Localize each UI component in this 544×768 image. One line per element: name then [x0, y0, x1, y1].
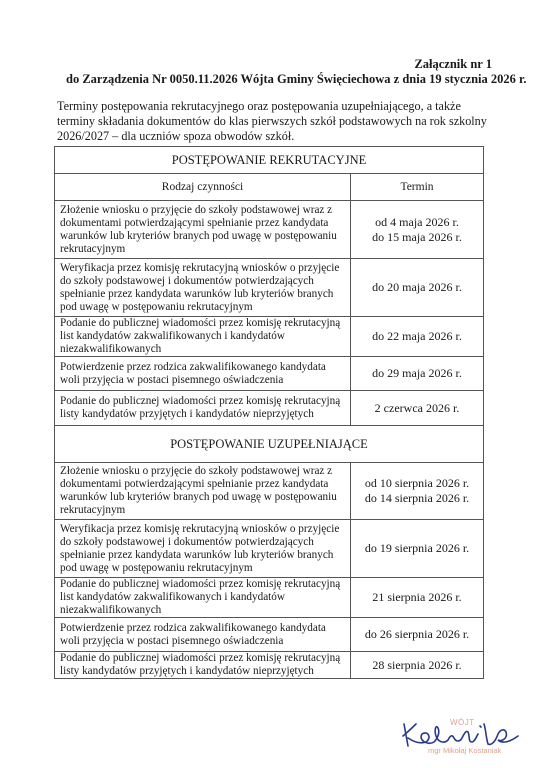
term-cell: 28 sierpnia 2026 r. — [351, 652, 484, 679]
column-header-row: Rodzaj czynnościTermin — [55, 174, 484, 201]
table-row: Podanie do publicznej wiadomości przez k… — [55, 391, 484, 426]
term-cell: 21 sierpnia 2026 r. — [351, 578, 484, 618]
annex-label: Załącznik nr 1 — [414, 57, 492, 72]
annex-reference: do Zarządzenia Nr 0050.11.2026 Wójta Gmi… — [66, 72, 527, 87]
table-row: Potwierdzenie przez rodzica zakwalifikow… — [55, 618, 484, 652]
term-date: do 14 sierpnia 2026 r. — [356, 491, 478, 506]
section-title-row: POSTĘPOWANIE REKRUTACYJNE — [55, 147, 484, 174]
term-cell: od 4 maja 2026 r.do 15 maja 2026 r. — [351, 201, 484, 259]
term-date: do 22 maja 2026 r. — [356, 329, 478, 344]
activity-cell: Podanie do publicznej wiadomości przez k… — [55, 578, 351, 618]
term-cell: od 10 sierpnia 2026 r.do 14 sierpnia 202… — [351, 463, 484, 520]
intro-paragraph: Terminy postępowania rekrutacyjnego oraz… — [57, 99, 487, 144]
column-header-term: Termin — [351, 174, 484, 201]
signature-name: mgr Mikołaj Kostaniak — [428, 746, 501, 755]
table-row: Podanie do publicznej wiadomości przez k… — [55, 578, 484, 618]
signature-block: WÓJT mgr Mikołaj Kostaniak — [398, 716, 538, 760]
table-row: Podanie do publicznej wiadomości przez k… — [55, 317, 484, 357]
activity-cell: Złożenie wniosku o przyjęcie do szkoły p… — [55, 201, 351, 259]
activity-cell: Złożenie wniosku o przyjęcie do szkoły p… — [55, 463, 351, 520]
term-date: do 26 sierpnia 2026 r. — [356, 627, 478, 642]
section-title: POSTĘPOWANIE UZUPEŁNIAJĄCE — [55, 426, 484, 463]
term-date: 2 czerwca 2026 r. — [356, 401, 478, 416]
table-row: Złożenie wniosku o przyjęcie do szkoły p… — [55, 463, 484, 520]
term-date: 28 sierpnia 2026 r. — [356, 658, 478, 673]
section-title: POSTĘPOWANIE REKRUTACYJNE — [55, 147, 484, 174]
table-row: Weryfikacja przez komisję rekrutacyjną w… — [55, 520, 484, 578]
table-row: Złożenie wniosku o przyjęcie do szkoły p… — [55, 201, 484, 259]
term-cell: do 20 maja 2026 r. — [351, 259, 484, 317]
activity-cell: Weryfikacja przez komisję rekrutacyjną w… — [55, 520, 351, 578]
term-date: do 29 maja 2026 r. — [356, 366, 478, 381]
term-cell: do 26 sierpnia 2026 r. — [351, 618, 484, 652]
table-row: Podanie do publicznej wiadomości przez k… — [55, 652, 484, 679]
activity-cell: Potwierdzenie przez rodzica zakwalifikow… — [55, 357, 351, 391]
term-cell: do 19 sierpnia 2026 r. — [351, 520, 484, 578]
term-date: do 20 maja 2026 r. — [356, 280, 478, 295]
activity-cell: Podanie do publicznej wiadomości przez k… — [55, 652, 351, 679]
signature-title: WÓJT — [450, 718, 475, 727]
section-title-row: POSTĘPOWANIE UZUPEŁNIAJĄCE — [55, 426, 484, 463]
activity-cell: Weryfikacja przez komisję rekrutacyjną w… — [55, 259, 351, 317]
term-cell: do 29 maja 2026 r. — [351, 357, 484, 391]
term-date: od 10 sierpnia 2026 r. — [356, 476, 478, 491]
activity-cell: Podanie do publicznej wiadomości przez k… — [55, 317, 351, 357]
term-date: do 19 sierpnia 2026 r. — [356, 541, 478, 556]
term-date: 21 sierpnia 2026 r. — [356, 590, 478, 605]
schedule-table: POSTĘPOWANIE REKRUTACYJNERodzaj czynnośc… — [54, 146, 484, 679]
term-cell: do 22 maja 2026 r. — [351, 317, 484, 357]
table-row: Potwierdzenie przez rodzica zakwalifikow… — [55, 357, 484, 391]
term-date: od 4 maja 2026 r. — [356, 215, 478, 230]
column-header-activity: Rodzaj czynności — [55, 174, 351, 201]
term-date: do 15 maja 2026 r. — [356, 230, 478, 245]
activity-cell: Podanie do publicznej wiadomości przez k… — [55, 391, 351, 426]
table-row: Weryfikacja przez komisję rekrutacyjną w… — [55, 259, 484, 317]
term-cell: 2 czerwca 2026 r. — [351, 391, 484, 426]
activity-cell: Potwierdzenie przez rodzica zakwalifikow… — [55, 618, 351, 652]
